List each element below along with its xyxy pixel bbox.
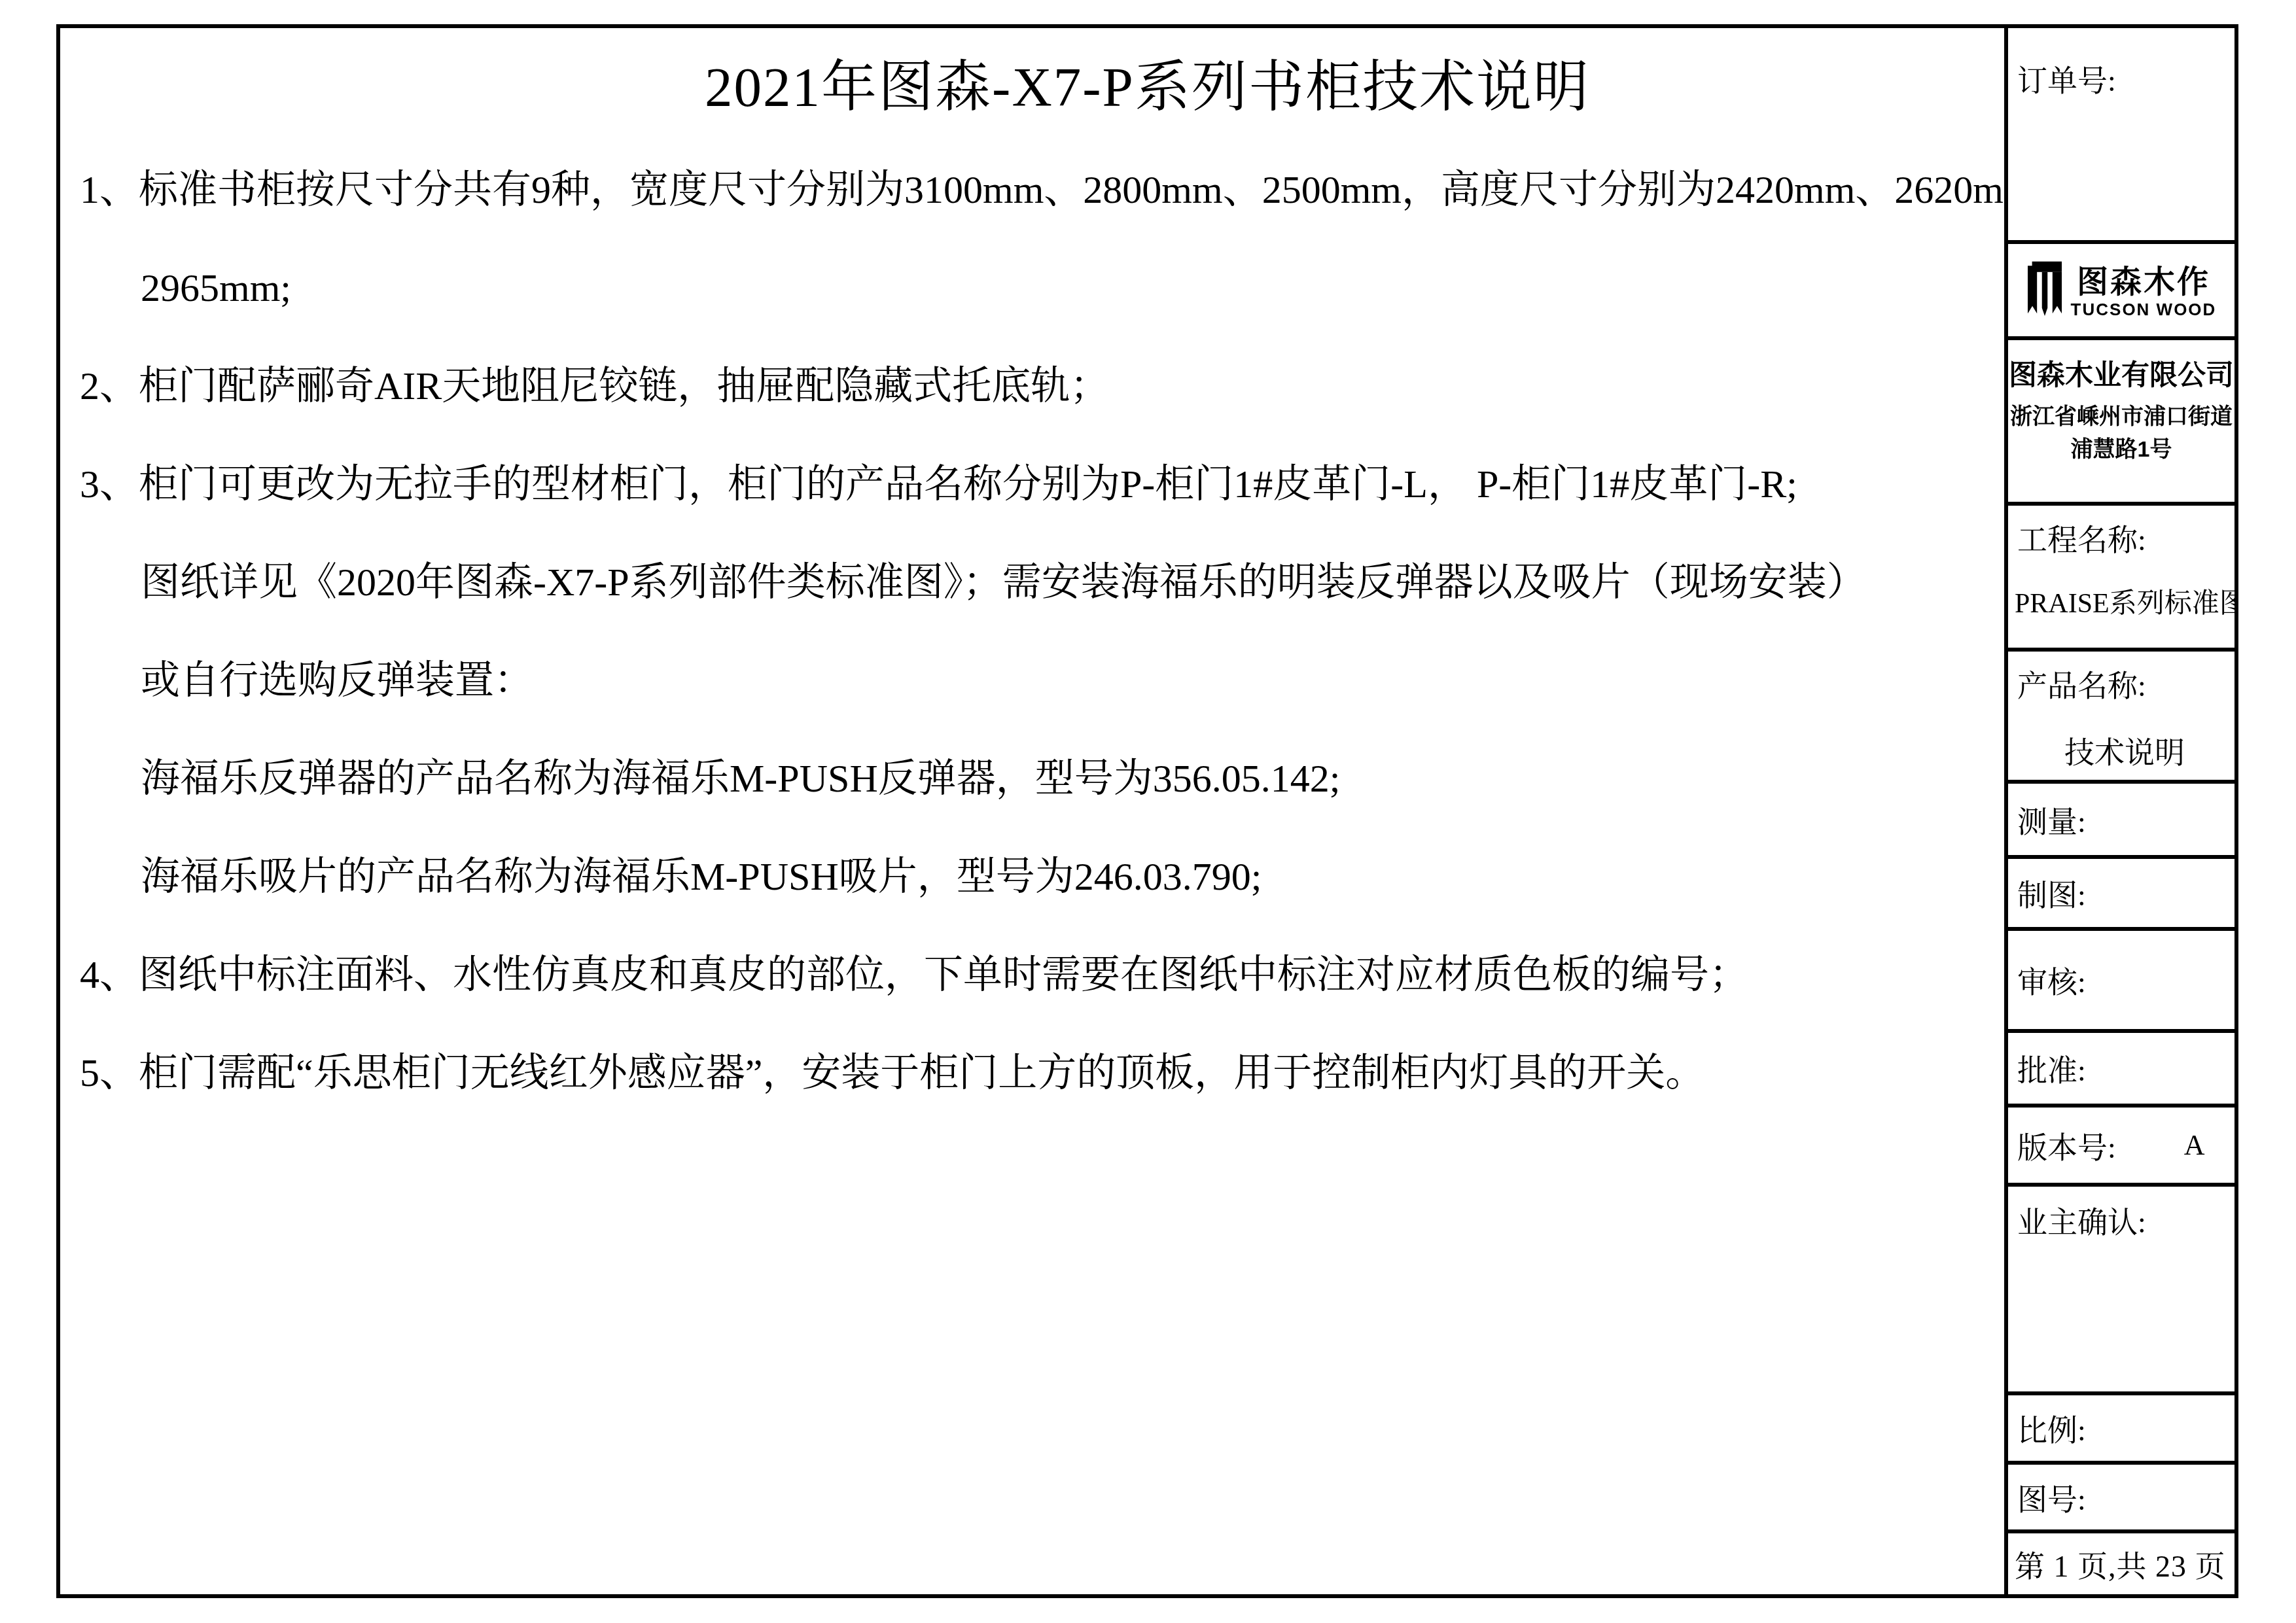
- logo-name-cn: 图森木作: [2077, 267, 2210, 298]
- drawing-number-cell: 图号:: [2008, 1465, 2234, 1533]
- note-line: 或自行选购反弹装置：: [60, 631, 1997, 729]
- note-line: 2965mm;: [60, 239, 1997, 337]
- review-label: 审核:: [2017, 958, 2086, 1002]
- version-cell: 版本号: A: [2008, 1108, 2234, 1187]
- page-indicator-cell: 第 1 页,共 23 页: [2008, 1533, 2234, 1594]
- note-line: 1、标准书柜按尺寸分共有9种，宽度尺寸分别为3100mm、2800mm、2500…: [60, 141, 1997, 239]
- project-name-cell: 工程名称: PRAISE系列标准图: [2008, 506, 2234, 652]
- logo-name-en: TUCSON WOOD: [2071, 301, 2217, 318]
- scale-label: 比例:: [2017, 1406, 2086, 1450]
- scale-cell: 比例:: [2008, 1395, 2234, 1465]
- note-line: 3、柜门可更改为无拉手的型材柜门，柜门的产品名称分别为P-柜门1#皮革门-L， …: [60, 435, 1997, 533]
- note-line: 5、柜门需配“乐思柜门无线红外感应器”，安装于柜门上方的顶板，用于控制柜内灯具的…: [60, 1024, 1997, 1122]
- product-name-value: 技术说明: [2017, 729, 2234, 772]
- note-line: 海福乐吸片的产品名称为海福乐M-PUSH吸片，型号为246.03.790;: [60, 828, 1997, 926]
- order-number-cell: 订单号:: [2008, 28, 2234, 244]
- measure-label: 测量:: [2017, 798, 2086, 841]
- logo-cell: 图森木作 TUCSON WOOD: [2008, 244, 2234, 340]
- note-line: 图纸详见《2020年图森-X7-P系列部件类标准图》；需安装海福乐的明装反弹器以…: [60, 533, 1997, 631]
- company-address-line2: 浦慧路1号: [2008, 434, 2234, 465]
- product-name-label: 产品名称:: [2017, 662, 2234, 705]
- drawing-sheet: 2021年图森-X7-P系列书柜技术说明 1、标准书柜按尺寸分共有9种，宽度尺寸…: [56, 24, 2238, 1598]
- version-label: 版本号:: [2017, 1124, 2116, 1167]
- page-indicator: 第 1 页,共 23 页: [2015, 1543, 2226, 1586]
- order-number-label: 订单号:: [2017, 64, 2116, 97]
- draft-cell: 制图:: [2008, 859, 2234, 931]
- title-block: 订单号: 图森木作 TUCSON WOOD 图森木业有限公司 浙江省嵊州市浦口街…: [2004, 28, 2234, 1594]
- drawing-number-label: 图号:: [2017, 1476, 2086, 1519]
- version-value: A: [2184, 1128, 2205, 1162]
- approve-cell: 批准:: [2008, 1033, 2234, 1108]
- notes: 1、标准书柜按尺寸分共有9种，宽度尺寸分别为3100mm、2800mm、2500…: [60, 141, 1997, 1122]
- project-name-label: 工程名称:: [2017, 516, 2234, 559]
- logo-text: 图森木作 TUCSON WOOD: [2071, 267, 2217, 318]
- company-address-line1: 浙江省嵊州市浦口街道: [2008, 400, 2234, 434]
- note-line: 海福乐反弹器的产品名称为海福乐M-PUSH反弹器，型号为356.05.142;: [60, 729, 1997, 828]
- note-line: 2、柜门配萨郦奇AIR天地阻尼铰链，抽屉配隐藏式托底轨；: [60, 337, 1997, 435]
- page-title: 2021年图森-X7-P系列书柜技术说明: [60, 43, 2234, 122]
- product-name-cell: 产品名称: 技术说明: [2008, 652, 2234, 784]
- review-cell: 审核:: [2008, 931, 2234, 1033]
- notes-area: 2021年图森-X7-P系列书柜技术说明 1、标准书柜按尺寸分共有9种，宽度尺寸…: [60, 28, 2004, 1594]
- draft-label: 制图:: [2017, 871, 2086, 915]
- owner-confirm-cell: 业主确认:: [2008, 1187, 2234, 1395]
- tucson-wood-logo-icon: [2028, 261, 2062, 324]
- company-name: 图森木业有限公司: [2008, 353, 2234, 393]
- approve-label: 批准:: [2017, 1047, 2086, 1090]
- note-line: 4、图纸中标注面料、水性仿真皮和真皮的部位，下单时需要在图纸中标注对应材质色板的…: [60, 926, 1997, 1024]
- project-name-value: PRAISE系列标准图: [2015, 582, 2234, 621]
- company-cell: 图森木业有限公司 浙江省嵊州市浦口街道 浦慧路1号: [2008, 340, 2234, 506]
- owner-confirm-label: 业主确认:: [2017, 1206, 2146, 1239]
- measure-cell: 测量:: [2008, 784, 2234, 859]
